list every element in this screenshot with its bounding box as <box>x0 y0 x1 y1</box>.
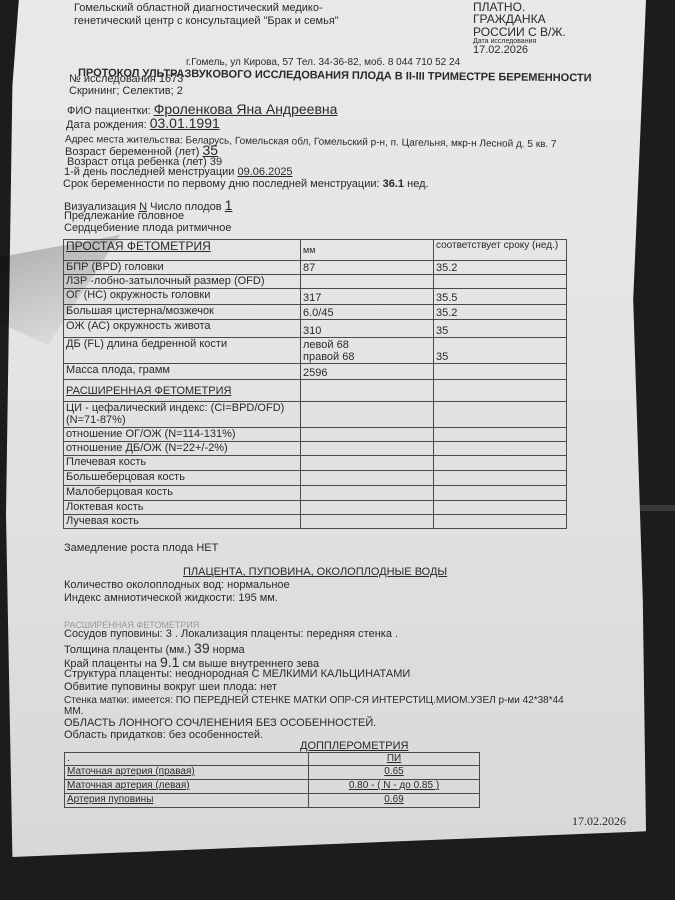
lmp-row: 1-й день последней менструации 09.06.202… <box>64 166 293 178</box>
table-row: Малоберцовая кость <box>64 486 567 501</box>
uterine-wall-line-2: ММ. <box>64 706 83 717</box>
row-mm <box>301 428 434 442</box>
clinic-address: г.Гомель, ул Кирова, 57 Тел. 34-36-82, м… <box>186 57 460 68</box>
row-weeks: 35 <box>434 338 567 364</box>
table-row: ДБ (FL) длина бедренной костилевой 68 пр… <box>64 338 567 364</box>
doppler-col-pi: ПИ <box>309 753 480 766</box>
growth-restriction: Замедление роста плода НЕТ <box>64 542 218 554</box>
row-label: Лучевая кость <box>64 515 301 529</box>
row-mm: левой 68 правой 68 <box>301 338 434 364</box>
ga-unit: нед. <box>407 178 428 190</box>
table-row: Масса плода, грамм2596 <box>64 364 567 380</box>
doppler-title: ДОППЛЕРОМЕТРИЯ <box>300 740 408 752</box>
uterine-wall-line-1: Стенка матки: имеется: ПО ПЕРЕДНЕЙ СТЕНК… <box>64 695 564 706</box>
doppler-col-blank: . <box>65 753 309 766</box>
table-row: ЛЗР -лобно-затылочный размер (OFD) <box>64 275 567 289</box>
row-mm: 2596 <box>301 364 434 380</box>
symphysis: ОБЛАСТЬ ЛОННОГО СОЧЛЕНЕНИЯ БЕЗ ОСОБЕННОС… <box>64 717 376 729</box>
row-label: ДБ (FL) длина бедренной кости <box>64 338 301 364</box>
row-label: БПР (BPD) головки <box>64 261 301 275</box>
ext-fetometry-title: РАСШИРЕННАЯ ФЕТОМЕТРИЯ <box>66 385 231 397</box>
table-row: Большая цистерна/мозжечок6.0/4535.2 <box>64 305 567 320</box>
row-label: ЦИ - цефалический индекс: (CI=BPD/OFD) (… <box>64 402 301 428</box>
row-mm: 6.0/45 <box>301 305 434 320</box>
presentation: Предлежание головное <box>64 210 184 222</box>
row-label: отношение ОГ/ОЖ (N=114-131%) <box>64 428 301 442</box>
doppler-row: Маточная артерия (правая)0.65 <box>65 766 480 780</box>
row-weeks <box>434 471 567 486</box>
row-mm <box>301 442 434 456</box>
doppler-pi-value: 0.69 <box>309 794 480 808</box>
row-label: Плечевая кость <box>64 456 301 471</box>
gestational-age-row: Срок беременности по первому дню последн… <box>63 178 429 190</box>
afi: Индекс амниотической жидкости: 195 мм. <box>64 592 278 604</box>
table-row: Плечевая кость <box>64 456 567 471</box>
org-line-1: Гомельский областной диагностический мед… <box>74 2 323 14</box>
row-mm: 87 <box>301 261 434 275</box>
col-weeks: соответствует сроку (нед.) <box>434 240 567 261</box>
doppler-pi-value: 0.80 - ( N - до 0.85 ) <box>309 780 480 794</box>
lmp-label: 1-й день последней менструации <box>64 166 234 178</box>
row-label: ОГ (НС) окружность головки <box>64 289 301 305</box>
row-label: отношение ДБ/ОЖ (N=22+/-2%) <box>64 442 301 456</box>
row-mm <box>301 515 434 529</box>
col-mm: мм <box>301 240 434 261</box>
cord-vessels: Сосудов пуповины: 3 . Локализация плацен… <box>64 628 398 640</box>
row-weeks <box>434 442 567 456</box>
dob-row: Дата рождения: 03.01.1991 <box>66 115 220 131</box>
doppler-header-row: . ПИ <box>65 753 480 766</box>
table-row: Большеберцовая кость <box>64 471 567 486</box>
dob: 03.01.1991 <box>150 115 220 131</box>
row-weeks: 35 <box>434 320 567 338</box>
fetus-count: 1 <box>225 197 233 213</box>
row-weeks <box>434 402 567 428</box>
study-date: 17.02.2026 <box>473 44 528 56</box>
payment-note-2: ГРАЖДАНКА <box>473 12 546 26</box>
row-weeks <box>434 486 567 501</box>
doppler-table: . ПИ Маточная артерия (правая)0.65Маточн… <box>64 752 480 808</box>
table-row: отношение ОГ/ОЖ (N=114-131%) <box>64 428 567 442</box>
row-weeks: 35.5 <box>434 289 567 305</box>
row-weeks <box>434 428 567 442</box>
row-weeks <box>434 501 567 515</box>
fetometry-title: ПРОСТАЯ ФЕТОМЕТРИЯ <box>66 239 211 253</box>
ext-fetometry-header-row: РАСШИРЕННАЯ ФЕТОМЕТРИЯ <box>64 380 567 402</box>
table-row: отношение ДБ/ОЖ (N=22+/-2%) <box>64 442 567 456</box>
amniotic-fluid-amount: Количество околоплодных вод: нормальное <box>64 579 290 591</box>
ga-value: 36.1 <box>383 178 404 190</box>
org-line-2: генетический центр с консультацией "Брак… <box>74 15 339 27</box>
doppler-vessel: Маточная артерия (правая) <box>65 766 309 780</box>
row-label: Локтевая кость <box>64 501 301 515</box>
payment-note-3: РОССИИ С В/Ж. <box>473 25 566 39</box>
placenta-structure: Структура плаценты: неоднородная С МЕЛКИ… <box>64 668 410 680</box>
row-weeks <box>434 456 567 471</box>
adnexa: Область придатков: без особенностей. <box>64 729 263 741</box>
row-label: Масса плода, грамм <box>64 364 301 380</box>
row-mm <box>301 456 434 471</box>
row-mm <box>301 486 434 501</box>
screening-type: Скрининг; Селектив; 2 <box>69 85 183 97</box>
row-mm: 310 <box>301 320 434 338</box>
row-mm <box>301 501 434 515</box>
row-mm: 317 <box>301 289 434 305</box>
cord-entanglement: Обвитие пуповины вокруг шеи плода: нет <box>64 681 277 693</box>
dob-label: Дата рождения: <box>66 119 147 131</box>
heartbeat: Сердцебиение плода ритмичное <box>64 222 232 234</box>
lmp: 09.06.2025 <box>238 166 293 178</box>
row-weeks <box>434 515 567 529</box>
table-row: ОГ (НС) окружность головки31735.5 <box>64 289 567 305</box>
row-weeks <box>434 275 567 289</box>
table-row: Лучевая кость <box>64 515 567 529</box>
footer-date: 17.02.2026 <box>572 814 626 829</box>
doppler-vessel: Маточная артерия (левая) <box>65 780 309 794</box>
row-weeks: 35.2 <box>434 305 567 320</box>
table-row: Локтевая кость <box>64 501 567 515</box>
row-label: ЛЗР -лобно-затылочный размер (OFD) <box>64 275 301 289</box>
table-row: БПР (BPD) головки8735.2 <box>64 261 567 275</box>
table-row: ЦИ - цефалический индекс: (CI=BPD/OFD) (… <box>64 402 567 428</box>
doppler-row: Артерия пуповины0.69 <box>65 794 480 808</box>
row-weeks: 35.2 <box>434 261 567 275</box>
placenta-section-title: ПЛАЦЕНТА, ПУПОВИНА, ОКОЛОПЛОДНЫЕ ВОДЫ <box>183 566 447 578</box>
background-table-edge <box>640 505 675 511</box>
row-label: Большая цистерна/мозжечок <box>64 305 301 320</box>
row-label: Большеберцовая кость <box>64 471 301 486</box>
row-weeks <box>434 364 567 380</box>
row-label: Малоберцовая кость <box>64 486 301 501</box>
fetometry-table: ПРОСТАЯ ФЕТОМЕТРИЯ мм соответствует срок… <box>63 239 567 529</box>
fetometry-header-row: ПРОСТАЯ ФЕТОМЕТРИЯ мм соответствует срок… <box>64 240 567 261</box>
doppler-vessel: Артерия пуповины <box>65 794 309 808</box>
doppler-pi-value: 0.65 <box>309 766 480 780</box>
ga-label: Срок беременности по первому дню последн… <box>63 178 380 190</box>
doppler-row: Маточная артерия (левая)0.80 - ( N - до … <box>65 780 480 794</box>
row-mm <box>301 402 434 428</box>
study-number: № исследования 1673 <box>69 73 183 85</box>
row-mm <box>301 275 434 289</box>
row-label: ОЖ (АС) окружность живота <box>64 320 301 338</box>
table-row: ОЖ (АС) окружность живота31035 <box>64 320 567 338</box>
row-mm <box>301 471 434 486</box>
